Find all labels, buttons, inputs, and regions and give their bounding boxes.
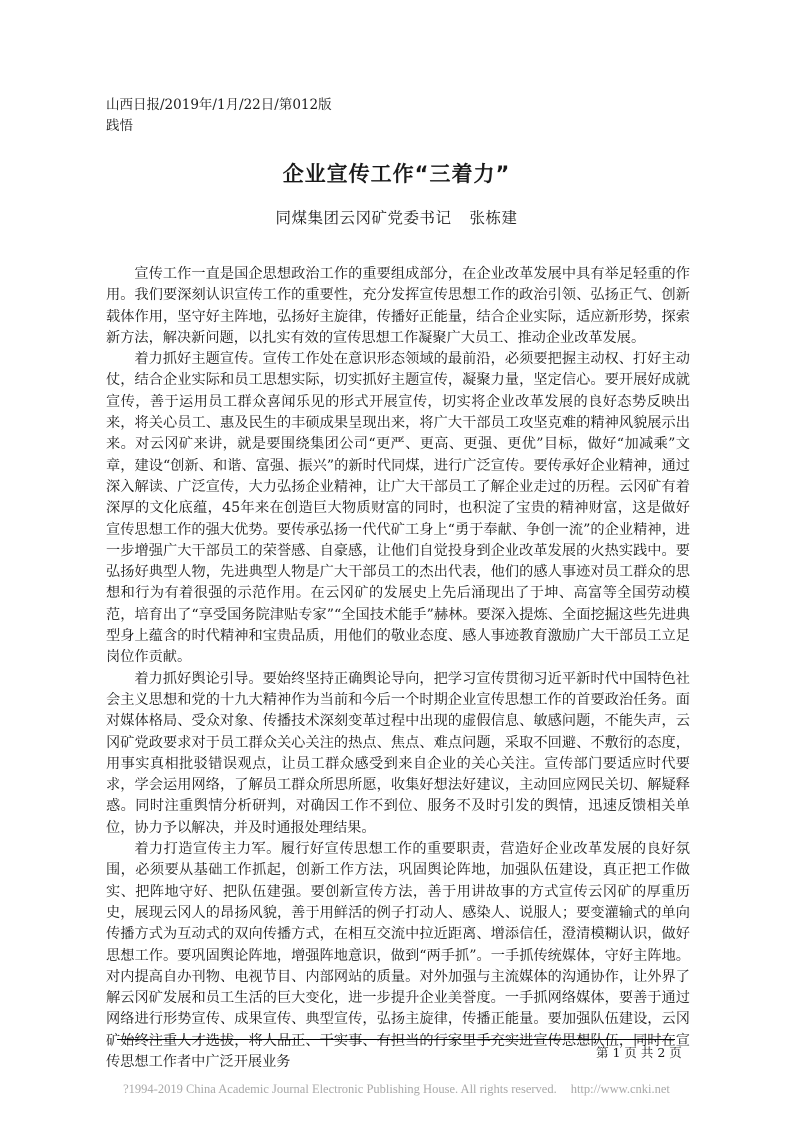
publisher-url[interactable]: http://www.cnki.net [571,1082,670,1096]
paragraph-intro: 宣传工作一直是国企思想政治工作的重要组成部分，在企业改革发展中具有举足轻重的作用… [106,264,690,349]
page-indicator: 第 1 页 共 2 页 [596,1043,682,1061]
column-name: 践悟 [106,116,332,137]
article-meta: 山西日报/2019年/1月/22日/第012版 践悟 [106,95,332,137]
footer-divider [117,1039,675,1040]
copyright-notice: ?1994-2019 China Academic Journal Electr… [0,1082,793,1097]
author-affiliation: 同煤集团云冈矿党委书记 [275,209,451,227]
paragraph-public-opinion: 着力抓好舆论引导。要始终坚持正确舆论导向，把学习宣传贯彻习近平新时代中国特色社会… [106,669,690,839]
copyright-text: ?1994-2019 China Academic Journal Electr… [123,1082,557,1096]
source-line: 山西日报/2019年/1月/22日/第012版 [106,95,332,116]
article-title: 企业宣传工作“三着力” [0,158,793,188]
author-line: 同煤集团云冈矿党委书记张栋建 [0,206,793,228]
article-body: 宣传工作一直是国企思想政治工作的重要组成部分，在企业改革发展中具有举足轻重的作用… [106,264,690,1073]
paragraph-theme-publicity: 着力抓好主题宣传。宣传工作处在意识形态领域的最前沿，必须要把握主动权、打好主动仗… [106,349,690,668]
author-name: 张栋建 [470,209,518,227]
